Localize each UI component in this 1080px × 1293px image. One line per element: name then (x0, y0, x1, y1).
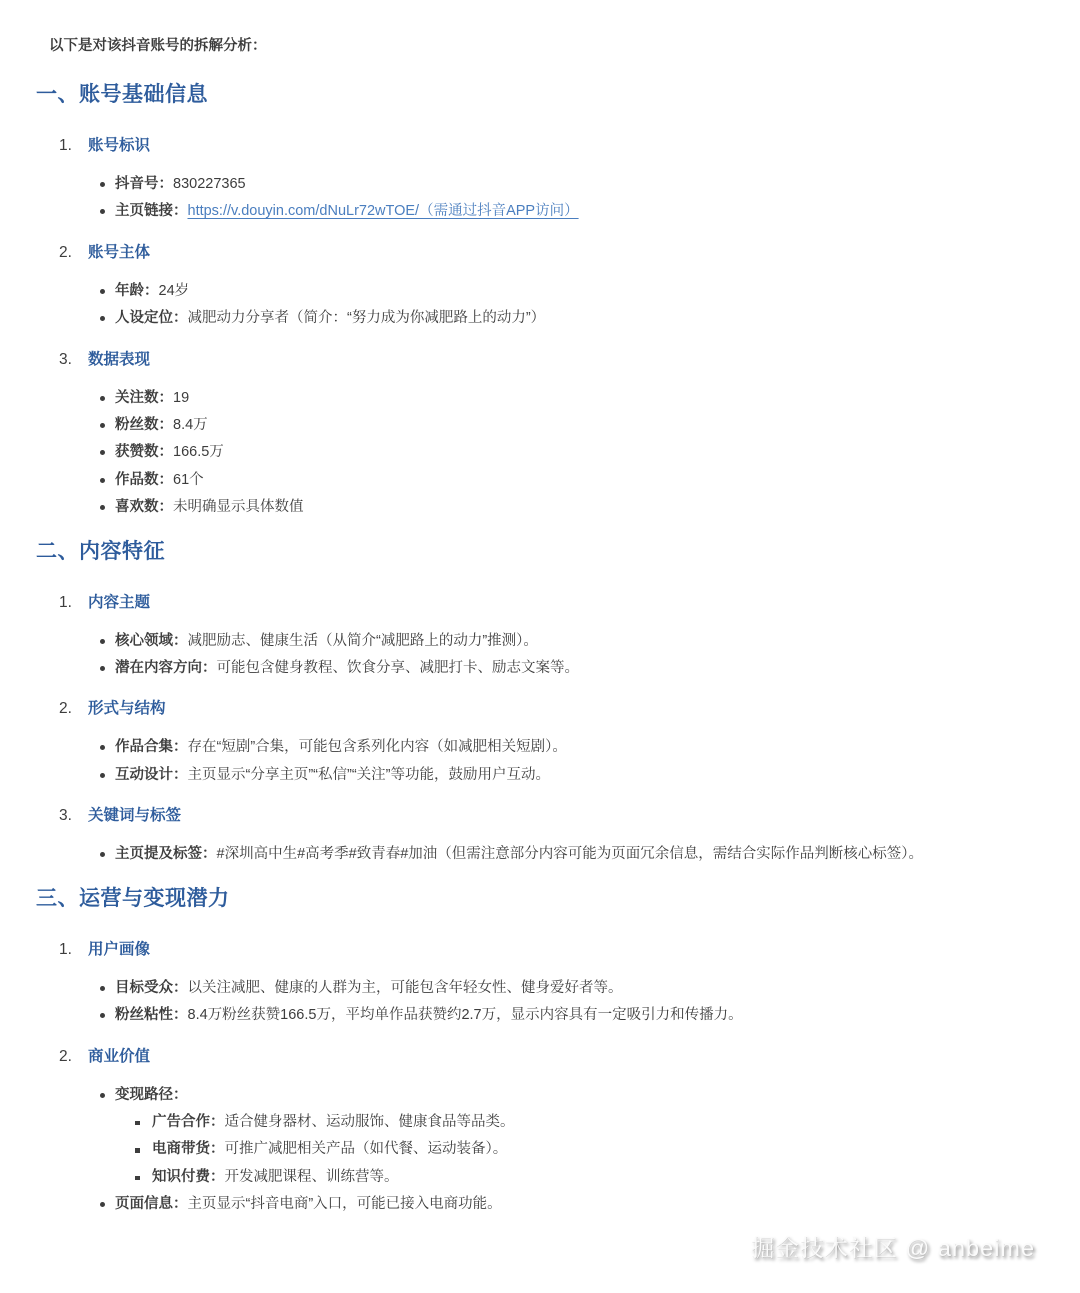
list-item: 互动设计：主页显示“分享主页”“私信”“关注”等功能，鼓励用户互动。 (36, 762, 1040, 789)
subsection-heading: 1. 账号标识 (36, 135, 1040, 156)
subsection-title: 内容主题 (88, 592, 150, 613)
bullet-label: 关注数： (115, 390, 173, 406)
bullet-text: 可推广减肥相关产品（如代餐、运动装备）。 (225, 1141, 508, 1157)
subsection-heading: 2. 形式与结构 (36, 698, 1040, 719)
bullet-label: 主页链接： (115, 203, 188, 219)
bullet-text: 166.5万 (173, 444, 224, 460)
subsection-title: 形式与结构 (88, 698, 166, 719)
bullet-text: 以关注减肥、健康的人群为主，可能包含年轻女性、健身爱好者等。 (188, 980, 623, 996)
bullet-label: 广告合作： (152, 1114, 225, 1130)
section-title-content-features: 二、内容特征 (36, 538, 1040, 566)
subsection-business-value: 2. 商业价值 变现路径： 广告合作：适合健身器材、运动服饰、健康食品等品类。 … (36, 1046, 1040, 1219)
subsection-title: 用户画像 (88, 939, 150, 960)
subsection-title: 商业价值 (88, 1046, 150, 1067)
subsection-heading: 2. 商业价值 (36, 1046, 1040, 1067)
subsection-content-theme: 1. 内容主题 核心领域：减肥励志、健康生活（从简介“减肥路上的动力”推测）。 … (36, 592, 1040, 683)
subsection-number: 3. (59, 805, 88, 826)
bullet-text: 未明确显示具体数值 (173, 499, 304, 515)
watermark: 掘金技术社区 @ anbeime (751, 1229, 1035, 1263)
bullet-list: 关注数：19 粉丝数：8.4万 获赞数：166.5万 作品数：61个 喜欢数：未… (36, 385, 1040, 522)
profile-link[interactable]: https://v.douyin.com/dNuLr72wTOE/（需通过抖音A… (188, 203, 579, 219)
bullet-label: 年龄： (115, 283, 159, 299)
list-item: 作品数：61个 (36, 467, 1040, 494)
bullet-text: 8.4万 (173, 417, 208, 433)
bullet-label: 抖音号： (115, 176, 173, 192)
bullet-text: 8.4万粉丝获赞166.5万，平均单作品获赞约2.7万，显示内容具有一定吸引力和… (188, 1007, 743, 1023)
section-title-operation-monetization: 三、运营与变现潜力 (36, 885, 1040, 913)
bullet-text: 存在“短剧”合集，可能包含系列化内容（如减肥相关短剧）。 (188, 739, 567, 755)
list-item: 年龄：24岁 (36, 278, 1040, 305)
bullet-label: 页面信息： (115, 1196, 188, 1212)
subsection-number: 3. (59, 349, 88, 370)
subsection-data-performance: 3. 数据表现 关注数：19 粉丝数：8.4万 获赞数：166.5万 作品数：6… (36, 349, 1040, 522)
bullet-text: 830227365 (173, 176, 246, 192)
bullet-list: 抖音号：830227365 主页链接：https://v.douyin.com/… (36, 171, 1040, 226)
subsection-number: 2. (59, 1046, 88, 1067)
subsection-account-subject: 2. 账号主体 年龄：24岁 人设定位：减肥动力分享者（简介：“努力成为你减肥路… (36, 242, 1040, 333)
bullet-text: 主页显示“抖音电商”入口，可能已接入电商功能。 (188, 1196, 502, 1212)
bullet-label: 人设定位： (115, 310, 188, 326)
subsection-number: 2. (59, 242, 88, 263)
subsection-heading: 3. 数据表现 (36, 349, 1040, 370)
bullet-label: 电商带货： (152, 1141, 225, 1157)
bullet-text: 适合健身器材、运动服饰、健康食品等品类。 (225, 1114, 515, 1130)
list-item: 核心领域：减肥励志、健康生活（从简介“减肥路上的动力”推测）。 (36, 628, 1040, 655)
subsection-heading: 1. 用户画像 (36, 939, 1040, 960)
list-item: 潜在内容方向：可能包含健身教程、饮食分享、减肥打卡、励志文案等。 (36, 655, 1040, 682)
subsection-heading: 1. 内容主题 (36, 592, 1040, 613)
subsection-number: 1. (59, 135, 88, 156)
list-item: 获赞数：166.5万 (36, 439, 1040, 466)
subsection-title: 账号主体 (88, 242, 150, 263)
bullet-label: 粉丝数： (115, 417, 173, 433)
bullet-label: 作品数： (115, 472, 173, 488)
list-item: 作品合集：存在“短剧”合集，可能包含系列化内容（如减肥相关短剧）。 (36, 734, 1040, 761)
list-item: 电商带货：可推广减肥相关产品（如代餐、运动装备）。 (115, 1136, 1040, 1163)
subsection-form-structure: 2. 形式与结构 作品合集：存在“短剧”合集，可能包含系列化内容（如减肥相关短剧… (36, 698, 1040, 789)
subsection-title: 数据表现 (88, 349, 150, 370)
bullet-text: 可能包含健身教程、饮食分享、减肥打卡、励志文案等。 (217, 660, 580, 676)
bullet-list: 主页提及标签：#深圳高中生#高考季#致青春#加油（但需注意部分内容可能为页面冗余… (36, 841, 1040, 868)
bullet-label: 互动设计： (115, 767, 188, 783)
bullet-text: #深圳高中生#高考季#致青春#加油（但需注意部分内容可能为页面冗余信息，需结合实… (217, 846, 924, 862)
bullet-label: 潜在内容方向： (115, 660, 217, 676)
subsection-title: 关键词与标签 (88, 805, 181, 826)
list-item: 页面信息：主页显示“抖音电商”入口，可能已接入电商功能。 (36, 1191, 1040, 1218)
bullet-label: 变现路径： (115, 1087, 188, 1103)
list-item: 知识付费：开发减肥课程、训练营等。 (115, 1164, 1040, 1191)
bullet-list: 作品合集：存在“短剧”合集，可能包含系列化内容（如减肥相关短剧）。 互动设计：主… (36, 734, 1040, 789)
section-title-account-basics: 一、账号基础信息 (36, 81, 1040, 109)
subsection-heading: 3. 关键词与标签 (36, 805, 1040, 826)
list-item: 人设定位：减肥动力分享者（简介：“努力成为你减肥路上的动力”） (36, 305, 1040, 332)
subsection-keywords-tags: 3. 关键词与标签 主页提及标签：#深圳高中生#高考季#致青春#加油（但需注意部… (36, 805, 1040, 868)
bullet-text: 19 (173, 390, 189, 406)
bullet-label: 核心领域： (115, 633, 188, 649)
bullet-label: 作品合集： (115, 739, 188, 755)
subsection-number: 2. (59, 698, 88, 719)
bullet-list: 目标受众：以关注减肥、健康的人群为主，可能包含年轻女性、健身爱好者等。 粉丝粘性… (36, 975, 1040, 1030)
list-item: 粉丝数：8.4万 (36, 412, 1040, 439)
list-item: 主页提及标签：#深圳高中生#高考季#致青春#加油（但需注意部分内容可能为页面冗余… (36, 841, 1040, 868)
list-item: 主页链接：https://v.douyin.com/dNuLr72wTOE/（需… (36, 198, 1040, 225)
subsection-title: 账号标识 (88, 135, 150, 156)
bullet-text: 减肥励志、健康生活（从简介“减肥路上的动力”推测）。 (188, 633, 538, 649)
subsection-list: 1. 用户画像 目标受众：以关注减肥、健康的人群为主，可能包含年轻女性、健身爱好… (36, 939, 1040, 1219)
intro-text: 以下是对该抖音账号的拆解分析： (49, 36, 1040, 56)
bullet-list: 变现路径： 广告合作：适合健身器材、运动服饰、健康食品等品类。 电商带货：可推广… (36, 1082, 1040, 1219)
bullet-text: 减肥动力分享者（简介：“努力成为你减肥路上的动力”） (188, 310, 546, 326)
bullet-label: 获赞数： (115, 444, 173, 460)
bullet-list: 年龄：24岁 人设定位：减肥动力分享者（简介：“努力成为你减肥路上的动力”） (36, 278, 1040, 333)
analysis-document: 以下是对该抖音账号的拆解分析： 一、账号基础信息 1. 账号标识 抖音号：830… (0, 0, 1080, 1219)
bullet-label: 喜欢数： (115, 499, 173, 515)
bullet-list: 核心领域：减肥励志、健康生活（从简介“减肥路上的动力”推测）。 潜在内容方向：可… (36, 628, 1040, 683)
bullet-text: 61个 (173, 472, 204, 488)
subsection-user-profile: 1. 用户画像 目标受众：以关注减肥、健康的人群为主，可能包含年轻女性、健身爱好… (36, 939, 1040, 1030)
subsection-account-id: 1. 账号标识 抖音号：830227365 主页链接：https://v.dou… (36, 135, 1040, 226)
subsection-list: 1. 账号标识 抖音号：830227365 主页链接：https://v.dou… (36, 135, 1040, 522)
bullet-text: 24岁 (159, 283, 190, 299)
list-item: 变现路径： 广告合作：适合健身器材、运动服饰、健康食品等品类。 电商带货：可推广… (36, 1082, 1040, 1192)
subsection-number: 1. (59, 592, 88, 613)
list-item: 广告合作：适合健身器材、运动服饰、健康食品等品类。 (115, 1109, 1040, 1136)
list-item: 抖音号：830227365 (36, 171, 1040, 198)
bullet-label: 目标受众： (115, 980, 188, 996)
list-item: 关注数：19 (36, 385, 1040, 412)
subsection-heading: 2. 账号主体 (36, 242, 1040, 263)
bullet-label: 知识付费： (152, 1169, 225, 1185)
bullet-text: 开发减肥课程、训练营等。 (225, 1169, 399, 1185)
bullet-label: 粉丝粘性： (115, 1007, 188, 1023)
list-item: 喜欢数：未明确显示具体数值 (36, 494, 1040, 521)
subsection-list: 1. 内容主题 核心领域：减肥励志、健康生活（从简介“减肥路上的动力”推测）。 … (36, 592, 1040, 869)
subsection-number: 1. (59, 939, 88, 960)
bullet-text: 主页显示“分享主页”“私信”“关注”等功能，鼓励用户互动。 (188, 767, 550, 783)
list-item: 粉丝粘性：8.4万粉丝获赞166.5万，平均单作品获赞约2.7万，显示内容具有一… (36, 1002, 1040, 1029)
bullet-label: 主页提及标签： (115, 846, 217, 862)
nested-bullet-list: 广告合作：适合健身器材、运动服饰、健康食品等品类。 电商带货：可推广减肥相关产品… (115, 1109, 1040, 1191)
list-item: 目标受众：以关注减肥、健康的人群为主，可能包含年轻女性、健身爱好者等。 (36, 975, 1040, 1002)
